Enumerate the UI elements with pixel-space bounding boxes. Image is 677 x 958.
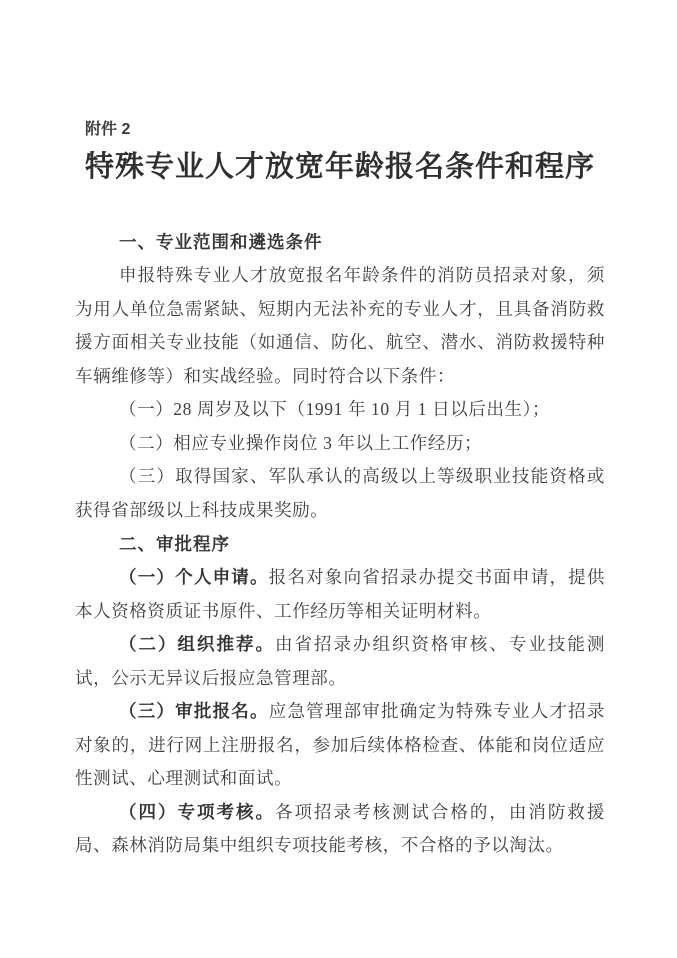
section-heading-procedure: 二、审批程序 — [75, 527, 605, 561]
document-title: 特殊专业人才放宽年龄报名条件和程序 — [75, 147, 605, 187]
section2-item-3-label: （三）审批报名。 — [119, 701, 269, 721]
section2-item-4: （四）专项考核。各项招录考核测试合格的，由消防救援局、森林消防局集中组织专项技能… — [75, 796, 605, 863]
section1-item-1: （一）28 周岁及以下（1991 年 10 月 1 日以后出生）； — [75, 393, 605, 427]
section2-item-4-label: （四）专项考核。 — [119, 802, 275, 822]
section1-item-2: （二）相应专业操作岗位 3 年以上工作经历； — [75, 427, 605, 461]
section1-item-3: （三）取得国家、军队承认的高级以上等级职业技能资格或获得省部级以上科技成果奖励。 — [75, 460, 605, 527]
section2-item-1-label: （一）个人申请。 — [119, 567, 269, 587]
document-page: 附件 2 特殊专业人才放宽年龄报名条件和程序 一、专业范围和遴选条件 申报特殊专… — [0, 0, 677, 958]
section-heading-scope: 一、专业范围和遴选条件 — [75, 225, 605, 259]
section2-item-2: （二）组织推荐。由省招录办组织资格审核、专业技能测试，公示无异议后报应急管理部。 — [75, 628, 605, 695]
section2-item-1: （一）个人申请。报名对象向省招录办提交书面申请，提供本人资格资质证书原件、工作经… — [75, 561, 605, 628]
section2-item-3: （三）审批报名。应急管理部审批确定为特殊专业人才招录对象的，进行网上注册报名，参… — [75, 695, 605, 796]
section2-item-2-label: （二）组织推荐。 — [119, 634, 275, 654]
section1-intro-paragraph: 申报特殊专业人才放宽报名年龄条件的消防员招录对象，须为用人单位急需紧缺、短期内无… — [75, 259, 605, 393]
attachment-label: 附件 2 — [75, 119, 605, 141]
